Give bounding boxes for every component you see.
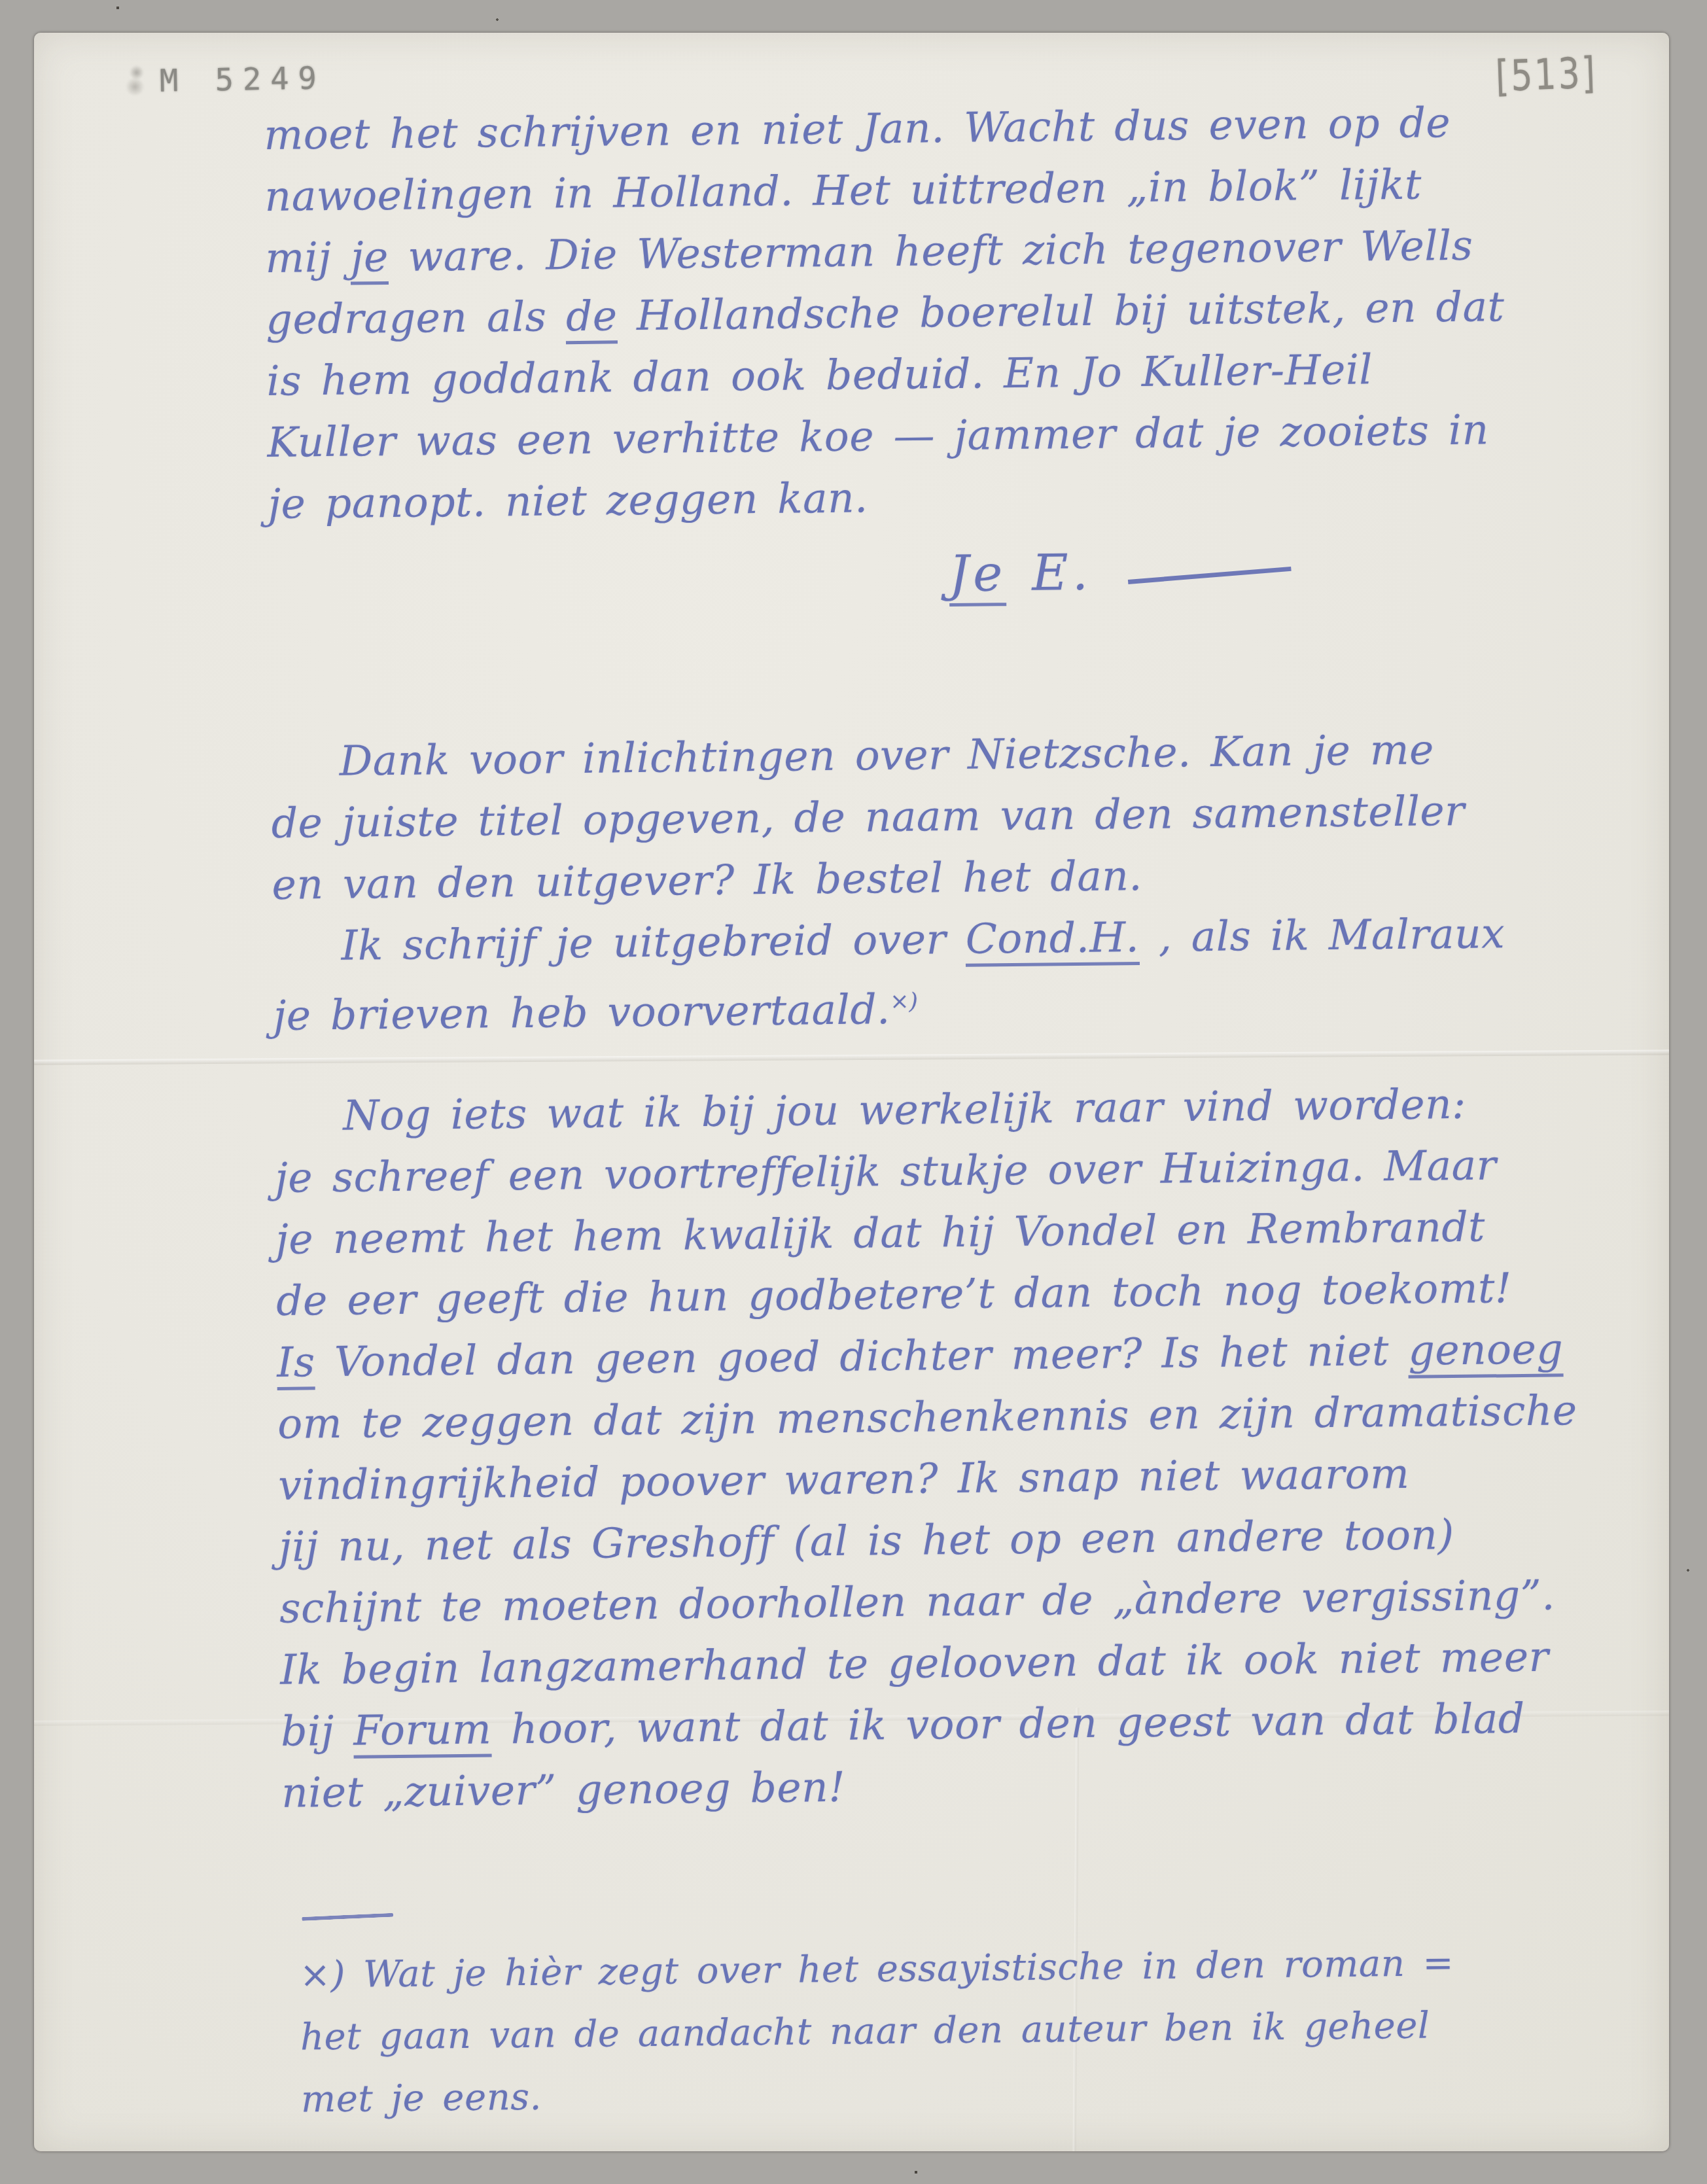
paragraph-2: Dank voor inlichtingen over Nietzsche. K…	[270, 717, 1653, 916]
handwritten-line: Je E.	[949, 527, 1649, 613]
footnote: ×) Wat je hièr zegt over het essayistisc…	[299, 1901, 1665, 2131]
crest-stamp-icon	[117, 60, 156, 101]
paragraph-3: Ik schrijf je uitgebreid over Cond.H. , …	[272, 902, 1654, 1047]
paragraph-1: moet het schrijven en niet Jan. Wacht du…	[264, 90, 1649, 535]
scanner-background: { "scan": { "paper_color": "#e9e7e0", "b…	[0, 0, 1707, 2184]
letter-page: M 5249 [513] moet het schrijven en niet …	[34, 33, 1669, 2151]
signature: Je E.	[949, 527, 1649, 613]
paragraph-4: Nog iets wat ik bij jou werkelijk raar v…	[274, 1072, 1663, 1824]
letter-body: moet het schrijven en niet Jan. Wacht du…	[263, 18, 1665, 2131]
handwritten-line: je brieven heb voorvertaald.×)	[273, 963, 1654, 1047]
